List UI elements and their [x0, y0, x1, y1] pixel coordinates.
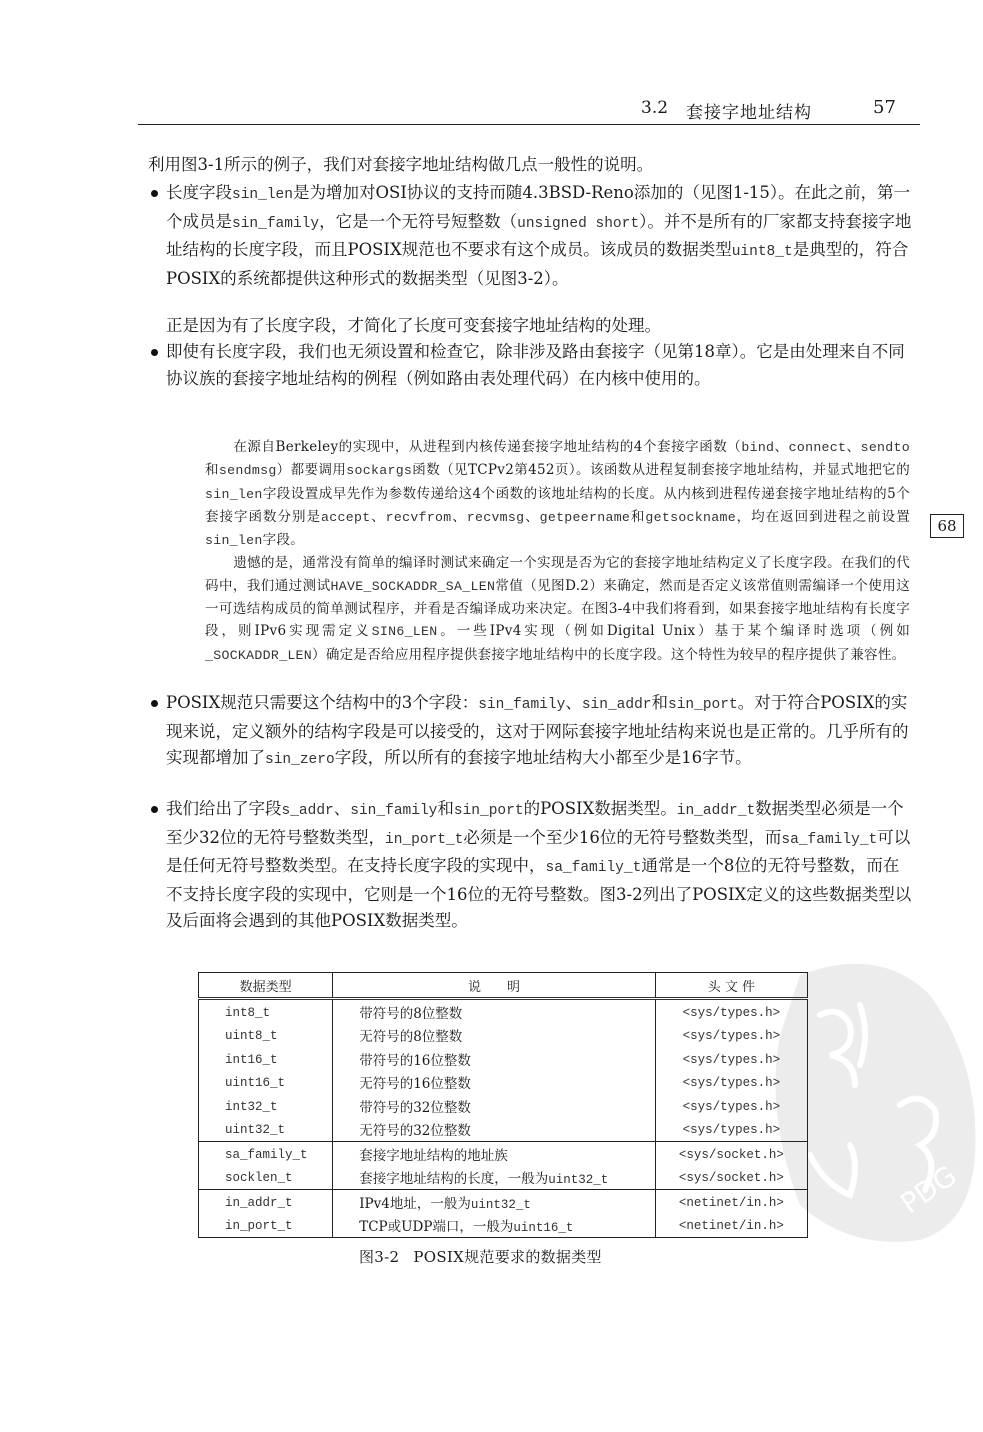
bullet-item-posix-types: 我们给出了字段s_addr、sin_family和sin_port的POSIX数… — [148, 796, 913, 935]
running-header: 3.2 套接字地址结构 57 — [138, 96, 920, 125]
datatype-name: in_addr_t — [225, 1196, 293, 1210]
column-header-type: 数据类型 — [199, 973, 333, 999]
note-paragraph: 在源自Berkeley的实现中，从进程到内核传递套接字地址结构的4个套接字函数（… — [205, 436, 910, 552]
figure-number: 图3-2 — [359, 1248, 399, 1266]
header-file: <sys/types.h> — [683, 1123, 781, 1137]
table-row: sa_family_t套接字地址结构的地址族<sys/socket.h> — [199, 1142, 808, 1166]
code-identifier: uint32_t — [548, 1173, 608, 1187]
code-identifier: sin_len — [232, 187, 293, 203]
datatype-description: TCP或UDP端口，一般为uint16_t — [333, 1214, 656, 1238]
datatype-name: socklen_t — [225, 1171, 293, 1185]
code-identifier: sin_port — [668, 697, 738, 713]
column-header-description: 说 明 — [333, 973, 656, 999]
bullet-icon — [151, 806, 158, 813]
code-identifier: recvmsg — [467, 510, 525, 525]
code-identifier: sendmsg — [219, 463, 277, 478]
datatype-name: uint16_t — [225, 1076, 285, 1090]
datatype-name: int32_t — [225, 1100, 278, 1114]
table-row: in_addr_tIPv4地址，一般为uint32_t<netinet/in.h… — [199, 1190, 808, 1214]
code-identifier: sa_family_t — [781, 832, 877, 848]
datatype-name: uint8_t — [225, 1029, 278, 1043]
code-identifier: _SOCKADDR_LEN — [205, 648, 312, 663]
datatype-name: sa_family_t — [225, 1148, 308, 1162]
code-identifier: bind — [741, 440, 774, 455]
datatype-description: 无符号的8位整数 — [333, 1024, 656, 1048]
code-identifier: sin_family — [478, 697, 565, 713]
table-row: int16_t带符号的16位整数<sys/types.h> — [199, 1047, 808, 1071]
bullet-item-no-need-to-set: 即使有长度字段，我们也无须设置和检查它，除非涉及路由套接字（见第18章）。它是由… — [148, 339, 913, 392]
code-identifier: recvfrom — [386, 510, 452, 525]
code-identifier: sin_family — [350, 803, 437, 819]
datatype-description: 无符号的32位整数 — [333, 1118, 656, 1142]
code-identifier: uint16_t — [513, 1221, 573, 1235]
svg-text:PDG: PDG — [894, 1159, 962, 1221]
code-identifier: connect — [789, 440, 847, 455]
bullet-continuation: 正是因为有了长度字段，才简化了长度可变套接字地址结构的处理。 — [166, 313, 911, 340]
code-identifier: in_addr_t — [677, 803, 755, 819]
datatype-name: uint32_t — [225, 1123, 285, 1137]
bullet-text: 即使有长度字段，我们也无须设置和检查它，除非涉及路由套接字（见第18章）。它是由… — [166, 342, 905, 388]
datatype-description: 带符号的8位整数 — [333, 999, 656, 1024]
figure-title: POSIX规范要求的数据类型 — [413, 1248, 601, 1266]
header-file: <sys/types.h> — [683, 1029, 781, 1043]
table-row: uint16_t无符号的16位整数<sys/types.h> — [199, 1071, 808, 1095]
code-identifier: in_port_t — [385, 832, 463, 848]
datatype-name: int8_t — [225, 1006, 270, 1020]
posix-datatypes-table: 数据类型 说 明 头 文 件 int8_t带符号的8位整数<sys/types.… — [198, 972, 808, 1238]
header-file: <sys/types.h> — [683, 1006, 781, 1020]
note-paragraph: 遗憾的是，通常没有简单的编译时测试来确定一个实现是否为它的套接字地址结构定义了长… — [205, 552, 910, 666]
code-identifier: sin_len — [205, 533, 263, 548]
table-row: int32_t带符号的32位整数<sys/types.h> — [199, 1094, 808, 1118]
section-number: 3.2 — [641, 98, 668, 118]
bullet-text: 我们给出了字段s_addr、sin_family和sin_port的POSIX数… — [166, 799, 911, 930]
code-identifier: s_addr — [282, 803, 334, 819]
code-identifier: sockargs — [346, 463, 412, 478]
code-identifier: SIN6_LEN — [372, 624, 438, 639]
code-identifier: HAVE_SOCKADDR_SA_LEN — [331, 579, 496, 594]
code-identifier: sin_port — [454, 803, 524, 819]
bullet-item-length-field: 长度字段sin_len是为增加对OSI协议的支持而随4.3BSD-Reno添加的… — [148, 180, 913, 292]
datatype-description: 套接字地址结构的地址族 — [333, 1142, 656, 1166]
bullet-icon — [151, 349, 158, 356]
header-file: <sys/types.h> — [683, 1100, 781, 1114]
bullet-text: POSIX规范只需要这个结构中的3个字段：sin_family、sin_addr… — [166, 693, 909, 767]
code-identifier: getpeername — [540, 510, 631, 525]
code-identifier: sin_zero — [265, 752, 335, 768]
page-number: 57 — [873, 97, 896, 118]
code-identifier: uint32_t — [471, 1198, 531, 1212]
header-file: <netinet/in.h> — [679, 1196, 784, 1210]
header-file: <sys/socket.h> — [679, 1171, 784, 1185]
header-file: <sys/socket.h> — [679, 1148, 784, 1162]
code-identifier: uint8_t — [732, 244, 793, 260]
code-identifier: getsockname — [645, 510, 736, 525]
table-row: int8_t带符号的8位整数<sys/types.h> — [199, 999, 808, 1024]
table-row: uint8_t无符号的8位整数<sys/types.h> — [199, 1024, 808, 1048]
code-identifier: sendto — [861, 440, 910, 455]
datatype-description: 套接字地址结构的长度，一般为uint32_t — [333, 1166, 656, 1190]
code-identifier: sin_family — [232, 216, 319, 232]
intro-paragraph: 利用图3-1所示的例子，我们对套接字地址结构做几点一般性的说明。 — [148, 152, 913, 179]
datatype-name: in_port_t — [225, 1219, 293, 1233]
figure-caption: 图3-2POSIX规范要求的数据类型 — [359, 1246, 602, 1267]
datatype-description: 带符号的16位整数 — [333, 1047, 656, 1071]
bullet-icon — [151, 700, 158, 707]
datatype-description: 带符号的32位整数 — [333, 1094, 656, 1118]
datatype-description: 无符号的16位整数 — [333, 1071, 656, 1095]
header-file: <sys/types.h> — [683, 1053, 781, 1067]
table-row: socklen_t套接字地址结构的长度，一般为uint32_t<sys/sock… — [199, 1166, 808, 1190]
code-identifier: sin_addr — [582, 697, 652, 713]
bullet-text: 长度字段sin_len是为增加对OSI协议的支持而随4.3BSD-Reno添加的… — [166, 183, 911, 288]
column-header-header-file: 头 文 件 — [655, 973, 807, 999]
original-page-marker: 68 — [930, 514, 964, 538]
code-identifier: sa_family_t — [546, 860, 642, 876]
table-row: uint32_t无符号的32位整数<sys/types.h> — [199, 1118, 808, 1142]
bullet-item-posix-fields: POSIX规范只需要这个结构中的3个字段：sin_family、sin_addr… — [148, 690, 913, 774]
datatype-name: int16_t — [225, 1053, 278, 1067]
header-file: <sys/types.h> — [683, 1076, 781, 1090]
code-identifier: sin_len — [205, 487, 263, 502]
table-row: in_port_tTCP或UDP端口，一般为uint16_t<netinet/i… — [199, 1214, 808, 1238]
section-title: 套接字地址结构 — [686, 98, 812, 123]
code-identifier: accept — [321, 510, 370, 525]
code-identifier: unsigned short — [517, 216, 639, 232]
implementation-note: 在源自Berkeley的实现中，从进程到内核传递套接字地址结构的4个套接字函数（… — [205, 436, 910, 667]
datatype-description: IPv4地址，一般为uint32_t — [333, 1190, 656, 1214]
header-file: <netinet/in.h> — [679, 1219, 784, 1233]
table-body: int8_t带符号的8位整数<sys/types.h>uint8_t无符号的8位… — [199, 999, 808, 1238]
bullet-icon — [151, 190, 158, 197]
table-header-row: 数据类型 说 明 头 文 件 — [199, 973, 808, 999]
